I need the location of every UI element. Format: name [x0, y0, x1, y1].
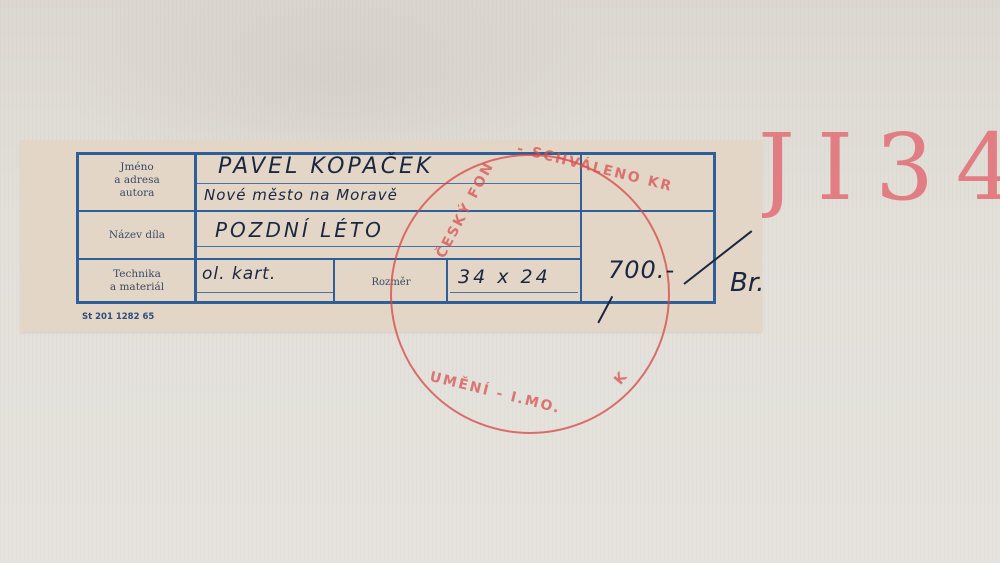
handwritten-author-address: Nové město na Moravě: [204, 186, 398, 204]
author-label-line: a adresa: [80, 174, 194, 187]
technique-label-line: a materiál: [80, 281, 194, 294]
form-divider: [194, 152, 197, 304]
technique-label-line: Technika: [80, 268, 194, 281]
handwritten-size: 34 x 24: [458, 266, 551, 288]
handwritten-price: 700.-: [608, 256, 675, 284]
writing-line: [197, 292, 333, 293]
form-divider: [333, 260, 335, 304]
handwritten-author-name: PAVEL KOPAČEK: [218, 154, 433, 179]
author-label-line: Jméno: [80, 161, 194, 174]
author-label: Jméno a adresa autora: [80, 161, 194, 200]
technique-label: Technika a materiál: [80, 268, 194, 294]
handwritten-technique: ol. kart.: [202, 264, 276, 284]
print-code: St 201 1282 65: [82, 312, 154, 322]
inventory-number: JI341: [758, 122, 1000, 214]
handwritten-artwork-title: POZDNÍ LÉTO: [215, 218, 384, 242]
author-label-line: autora: [80, 187, 194, 200]
title-label: Název díla: [80, 229, 194, 242]
approval-stamp: [390, 154, 670, 434]
handwritten-initials: Br.: [730, 268, 764, 298]
